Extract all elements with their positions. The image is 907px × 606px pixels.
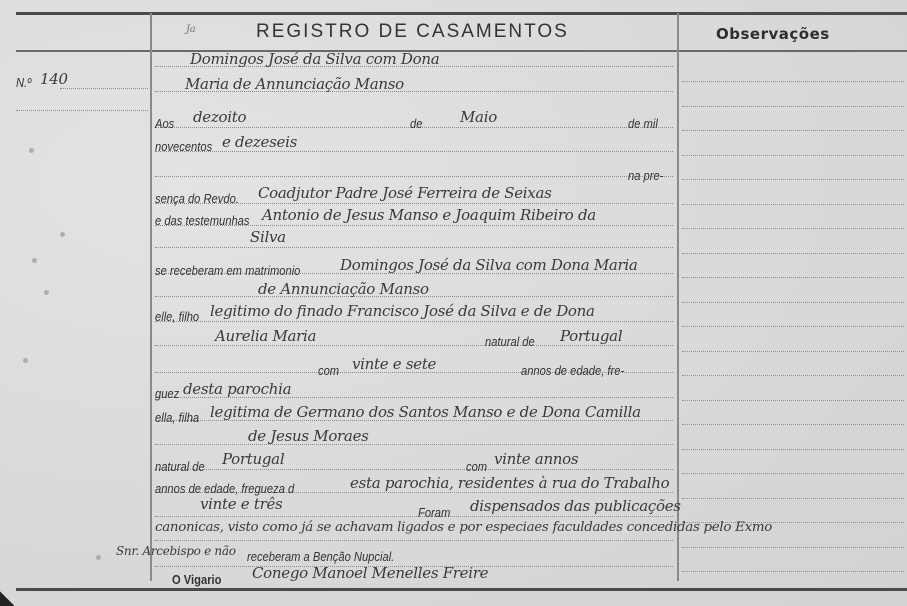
observations-column-divider (677, 13, 679, 581)
label-foram: Foram (418, 505, 450, 520)
label-de-mil: de mil (628, 116, 658, 131)
register-page: Ja REGISTRO DE CASAMENTOS Observações N.… (0, 0, 907, 606)
number-line (16, 110, 148, 111)
entry-number-value: 140 (40, 70, 68, 88)
ruled-line (155, 176, 673, 177)
observation-line (682, 155, 904, 156)
ruled-line (155, 321, 673, 322)
spouses-line2: de Annunciação Manso (258, 280, 429, 298)
paper-stain (60, 232, 65, 237)
label-aos: Aos (155, 116, 174, 131)
observation-line (682, 253, 904, 254)
bottom-border (16, 588, 907, 591)
groom-parents-line2: Aurelia Maria (215, 327, 316, 345)
groom-parish: desta parochia (183, 380, 291, 398)
observation-line (682, 130, 904, 131)
label-annos-edade-bride: annos de edade, fregueza d (155, 481, 294, 496)
entry-number-label: N.º (16, 75, 31, 90)
label-natural-de-groom: natural de (485, 334, 535, 349)
label-freguez: guez (155, 386, 179, 401)
dispensation-line1: dispensados das publicações (470, 497, 681, 515)
observation-line (682, 424, 904, 425)
label-elle-filho: elle, filho (155, 309, 199, 324)
observation-line (682, 449, 904, 450)
ruled-line (155, 540, 673, 541)
observation-line (682, 302, 904, 303)
label-vigario: O Vigario (172, 572, 222, 587)
paper-stain (96, 555, 101, 560)
margin-mark: Ja (186, 24, 195, 35)
observation-line (682, 400, 904, 401)
observation-line (682, 498, 904, 499)
label-ella-filha: ella, filha (155, 410, 199, 425)
bride-parents-line2: de Jesus Moraes (248, 427, 369, 445)
groom-parents-line1: legitimo do finado Francisco José da Sil… (210, 302, 595, 320)
label-annos-edade-groom: annos de edade, fre- (521, 363, 624, 378)
witnesses-line1: Antonio de Jesus Manso e Joaquim Ribeiro… (262, 206, 596, 224)
observation-line (682, 473, 904, 474)
observation-line (682, 571, 904, 572)
label-com-bride: com (466, 459, 487, 474)
witnesses-line2: Silva (250, 228, 286, 246)
marriage-day: dezoito (193, 108, 246, 126)
ruled-line (155, 345, 673, 346)
paper-stain (32, 258, 37, 263)
dispensation-line2: canonicas, visto como já se achavam liga… (155, 520, 772, 535)
observation-line (682, 326, 904, 327)
number-column-divider (150, 13, 152, 581)
bride-parents-line1: legitima de Germano dos Santos Manso e d… (210, 403, 641, 421)
officiant-name: Coadjutor Padre José Ferreira de Seixas (258, 184, 552, 202)
bride-origin: Portugal (222, 450, 284, 468)
groom-age: vinte e sete (352, 355, 436, 373)
paper-stain (29, 148, 34, 153)
label-testemunhas: e das testemunhas (155, 213, 249, 228)
label-na-presenca: na pre- (628, 168, 663, 183)
observation-line (682, 351, 904, 352)
observation-line (682, 204, 904, 205)
number-line (60, 88, 148, 89)
couple-names-line1: Domingos José da Silva com Dona (190, 50, 439, 68)
dispensation-line3: Snr. Arcebispo e não (116, 544, 236, 558)
couple-names-line2: Maria de Annunciação Manso (185, 75, 404, 93)
observation-line (682, 547, 904, 548)
page-title: REGISTRO DE CASAMENTOS (256, 21, 569, 43)
observation-line (682, 277, 904, 278)
label-receberam-bencao: receberam a Benção Nupcial. (247, 549, 394, 564)
paper-stain (23, 358, 28, 363)
ruled-line (155, 151, 673, 152)
spouses-line1: Domingos José da Silva com Dona Maria (340, 256, 638, 274)
groom-origin: Portugal (560, 327, 622, 345)
label-novecentos: novecentos (155, 139, 212, 154)
observations-header: Observações (716, 25, 830, 43)
paper-stain (44, 290, 49, 295)
ruled-line (155, 516, 673, 517)
vicar-signature: Conego Manoel Menelles Freire (252, 564, 488, 582)
label-de-month: de (410, 116, 422, 131)
marriage-month: Maio (460, 108, 497, 126)
bride-parish-residence: esta parochia, residentes à rua do Traba… (350, 474, 669, 492)
observation-line (682, 106, 904, 107)
observation-line (682, 179, 904, 180)
bride-age: vinte annos (494, 450, 578, 468)
observation-line (682, 228, 904, 229)
ruled-line (155, 469, 673, 470)
ruled-line (155, 444, 673, 445)
ruled-line (155, 247, 673, 248)
label-natural-de-bride: natural de (155, 459, 205, 474)
label-receberam: se receberam em matrimonio (155, 263, 300, 278)
observation-line (682, 375, 904, 376)
page-corner-shadow (0, 584, 14, 606)
label-com-groom: com (318, 363, 339, 378)
marriage-year: e dezeseis (222, 133, 297, 151)
label-presenca: sença do Revdo. (155, 191, 239, 206)
house-number: vinte e três (200, 495, 282, 513)
observation-line (682, 81, 904, 82)
